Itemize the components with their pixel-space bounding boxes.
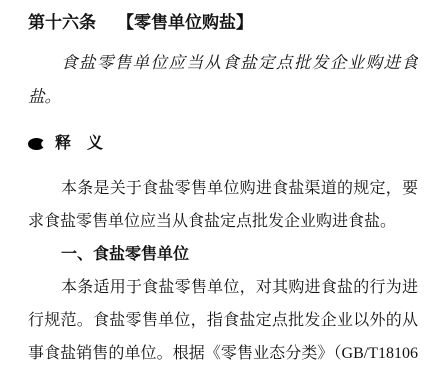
crescent-bullet-icon [28, 138, 45, 150]
subheading-retail-unit: 一、食盐零售单位 [28, 238, 418, 271]
article-heading: 第十六条【零售单位购盐】 [28, 12, 418, 34]
paragraph-line: 事食盐销售的单位。根据《零售业态分类》（GB/T18106 [28, 337, 418, 370]
commentary-body: 本条是关于食盐零售单位购进食盐渠道的规定，要 求食盐零售单位应当从食盐定点批发企… [28, 172, 418, 370]
paragraph-line: 本条适用于食盐零售单位，对其购进食盐的行为进 [28, 271, 418, 304]
interpretation-paragraph-1: 本条是关于食盐零售单位购进食盐渠道的规定，要 求食盐零售单位应当从食盐定点批发企… [28, 172, 418, 238]
interpretation-header: 释 义 [28, 134, 418, 154]
paragraph-line: 本条是关于食盐零售单位购进食盐渠道的规定，要 [28, 172, 418, 205]
interpretation-paragraph-2: 本条适用于食盐零售单位，对其购进食盐的行为进 行规范。食盐零售单位，指食盐定点批… [28, 271, 418, 370]
statute-line: 食盐零售单位应当从食盐定点批发企业购进食 [28, 46, 418, 80]
statute-line: 盐。 [28, 80, 418, 114]
paragraph-line: 求食盐零售单位应当从食盐定点批发企业购进食盐。 [28, 205, 418, 238]
article-subject: 【零售单位购盐】 [117, 13, 253, 32]
article-number: 第十六条 [28, 13, 96, 32]
paragraph-line: 行规范。食盐零售单位，指食盐定点批发企业以外的从 [28, 304, 418, 337]
statute-text: 食盐零售单位应当从食盐定点批发企业购进食 盐。 [28, 46, 418, 114]
interpretation-label: 释 义 [55, 134, 103, 154]
book-page: 第十六条【零售单位购盐】 食盐零售单位应当从食盐定点批发企业购进食 盐。 释 义… [0, 0, 441, 374]
